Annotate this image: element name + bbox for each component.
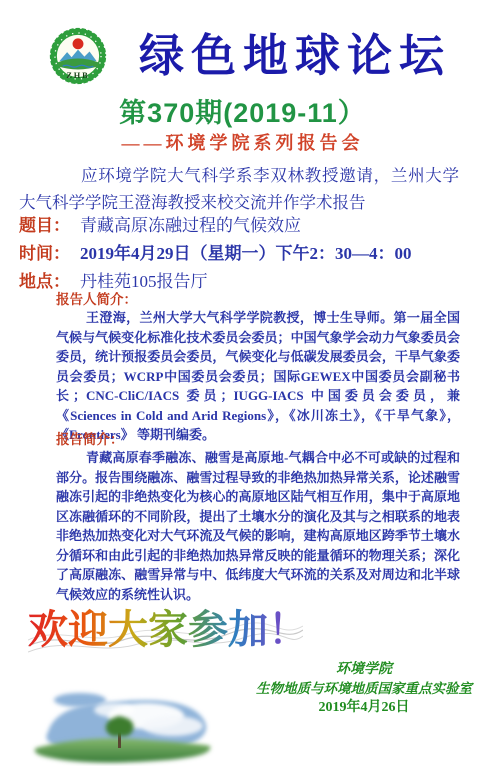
event-info-block: 题目：青藏高原冻融过程的气候效应 时间：2019年4月29日（星期一）下午2：3… <box>19 212 459 296</box>
speaker-bio-paragraph: 王澄海，兰州大学大气科学学院教授，博士生导师。第一届全国气候与气候变化标准化技术… <box>56 308 460 445</box>
abstract-section-heading: 报告简介： <box>56 428 124 448</box>
topic-label: 题目： <box>19 216 70 235</box>
sun-icon <box>73 38 84 49</box>
welcome-text: 欢迎大家参加！ <box>28 598 303 655</box>
organizer-college: 环境学院 <box>245 660 483 679</box>
series-subtitle: ——环境学院系列报告会 <box>0 129 485 155</box>
landscape-watercolor-image <box>18 686 226 766</box>
zhb-environment-logo-icon: ZHB <box>46 22 110 90</box>
logo-abbreviation: ZHB <box>66 71 89 80</box>
forum-title: 绿色地球论坛 <box>110 24 480 88</box>
organizer-laboratory: 生物地质与环境地质国家重点实验室 <box>245 679 483 698</box>
signature-block: 环境学院 生物地质与环境地质国家重点实验室 2019年4月26日 <box>245 660 483 717</box>
time-line: 时间：2019年4月29日（星期一）下午2：30—4：00 <box>19 240 459 268</box>
topic-line: 题目：青藏高原冻融过程的气候效应 <box>19 212 459 240</box>
topic-value: 青藏高原冻融过程的气候效应 <box>80 216 301 235</box>
cloud <box>94 703 134 717</box>
welcome-wordart: 欢迎大家参加！ <box>28 598 303 662</box>
cloud <box>143 716 203 736</box>
post-date: 2019年4月26日 <box>245 698 483 717</box>
invitation-paragraph: 应环境学院大气科学系李双林教授邀请，兰州大学大气科学学院王澄海教授来校交流并作学… <box>19 162 459 216</box>
time-label: 时间： <box>19 244 70 263</box>
time-value: 2019年4月29日（星期一）下午2：30—4：00 <box>80 244 412 263</box>
speaker-section-heading: 报告人简介： <box>56 288 137 308</box>
seminar-poster: ZHB 绿色地球论坛 第370期(2019-11） ——环境学院系列报告会 应环… <box>0 0 485 768</box>
issue-number: 第370期(2019-11） <box>0 91 485 130</box>
abstract-paragraph: 青藏高原春季融冻、融雪是高原地-气耦合中必不可或缺的过程和部分。报告围绕融冻、融… <box>56 448 460 604</box>
